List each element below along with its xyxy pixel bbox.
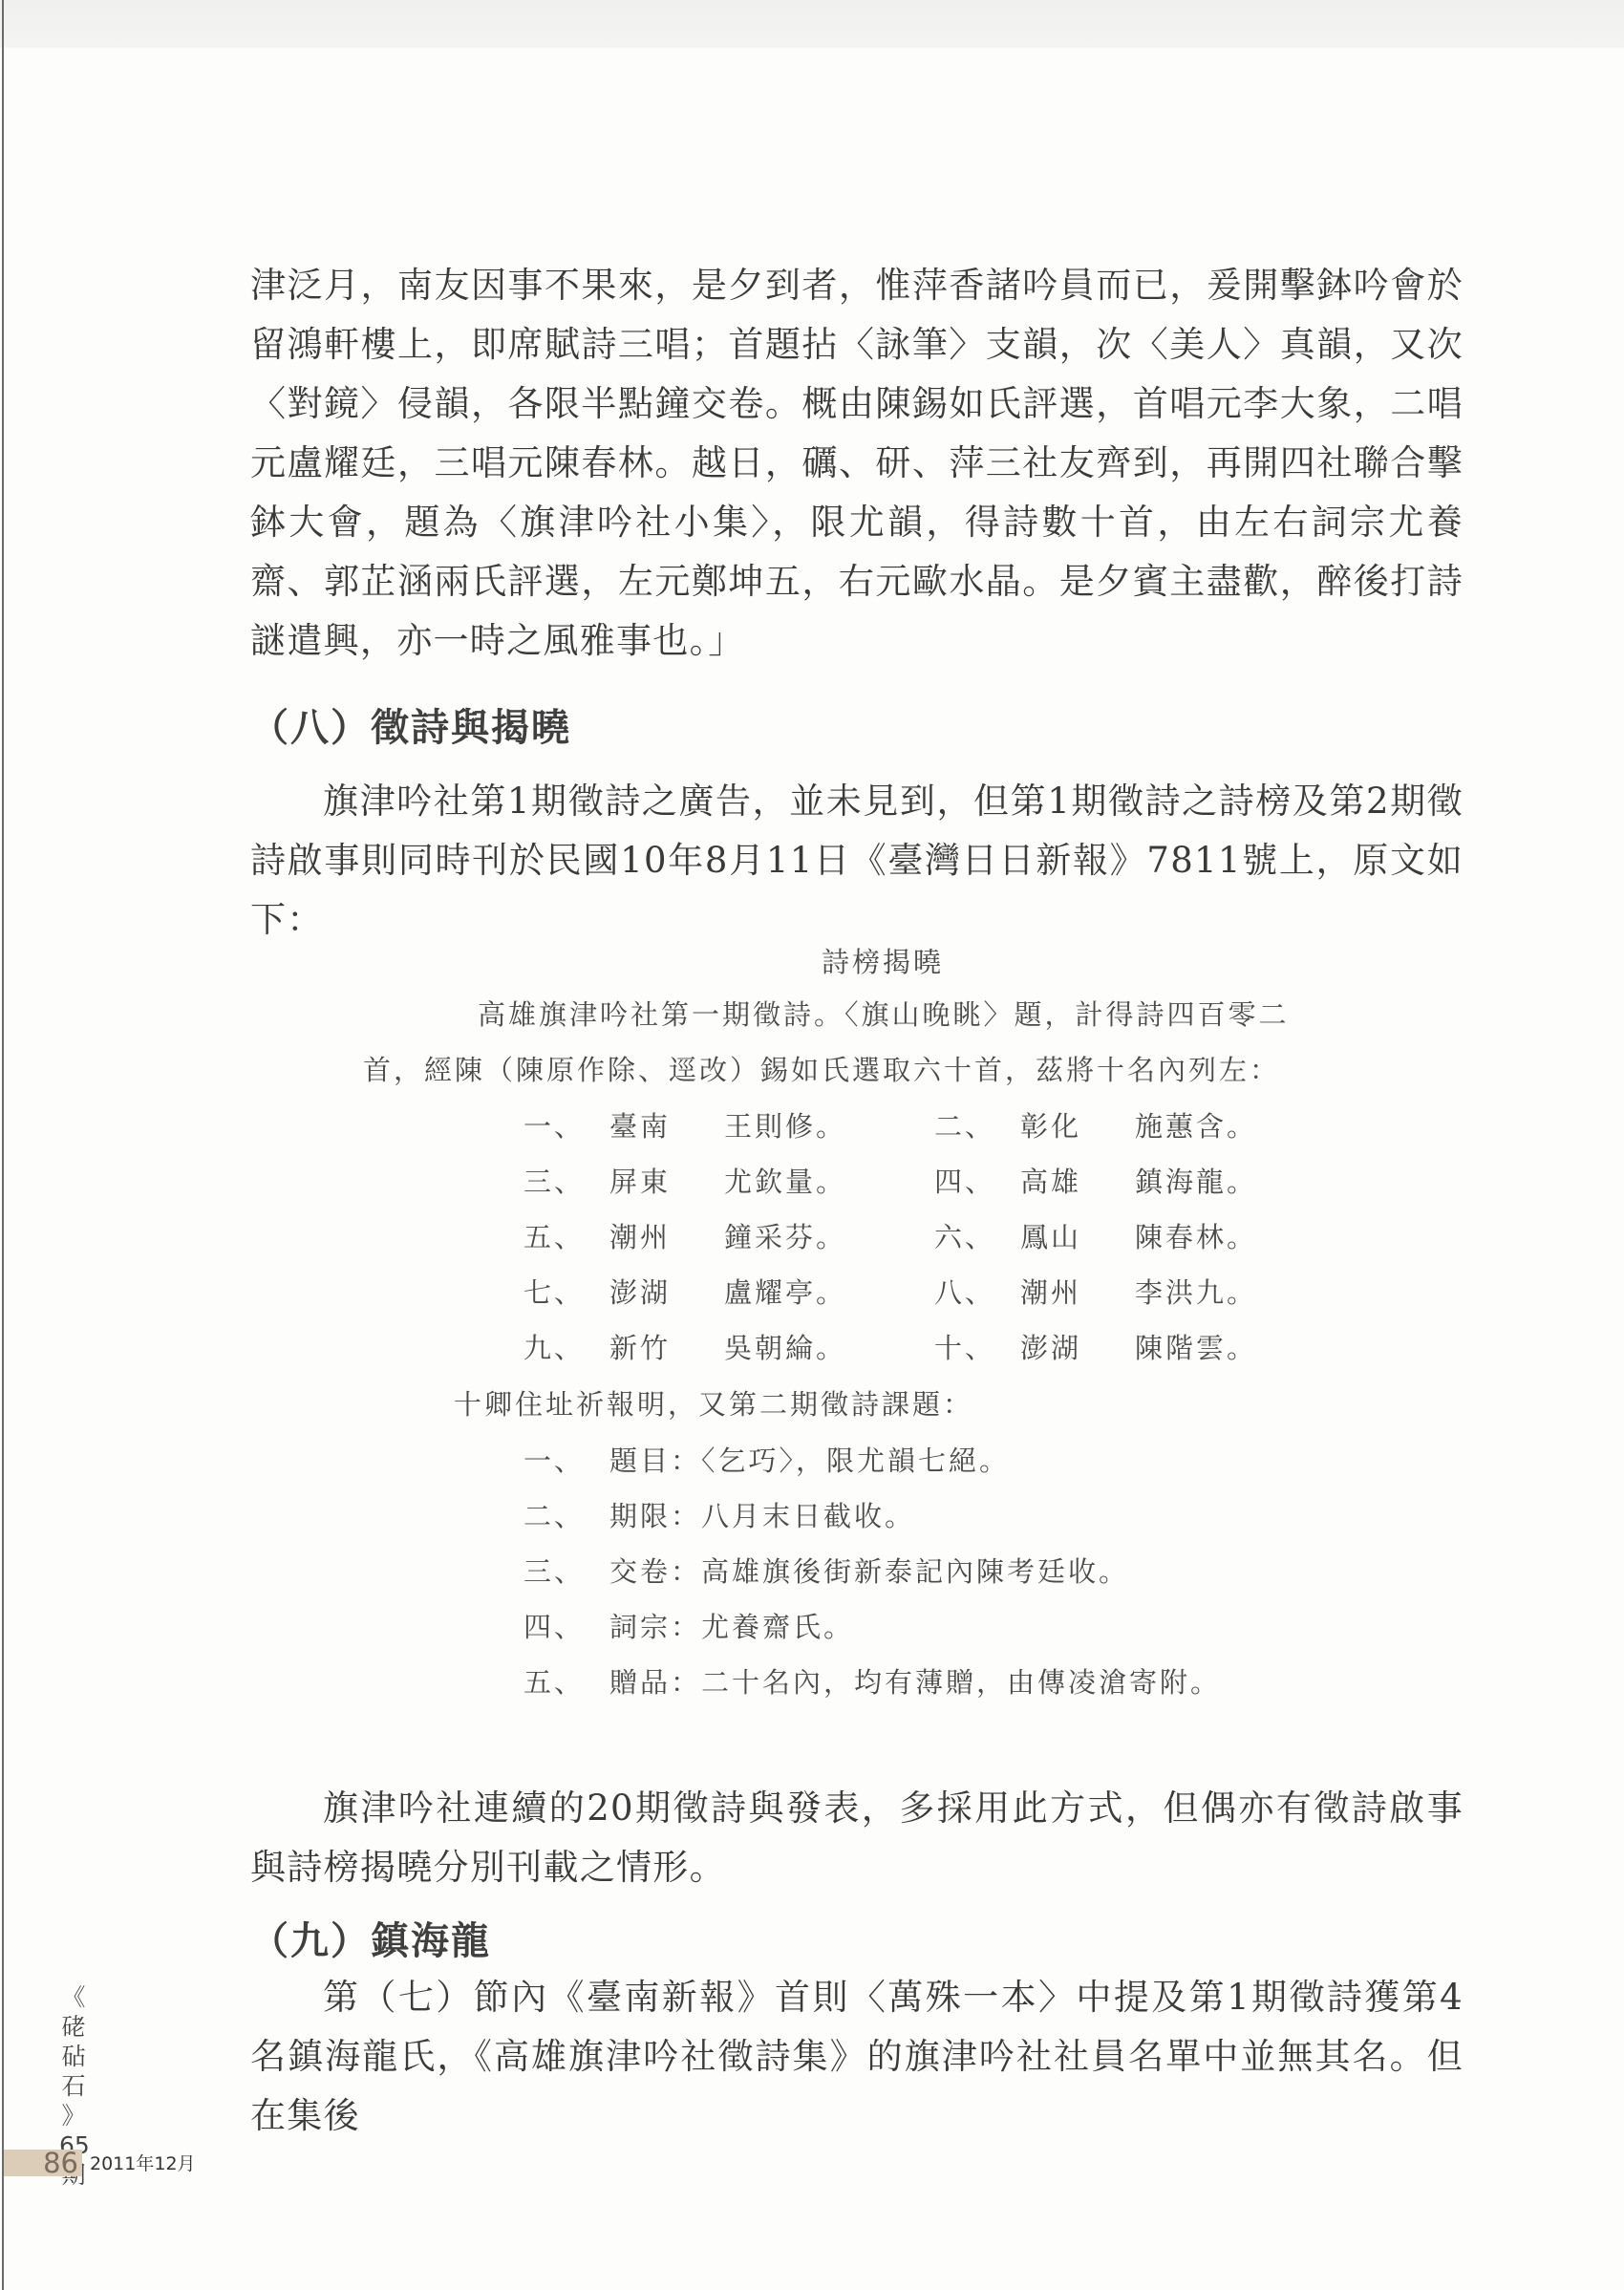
scan-top-band [0,0,1624,48]
topic-item: 一、題目：〈乞巧〉，限尤韻七絕。 [524,1440,1010,1479]
page-number-tab: 86 [4,2150,82,2176]
page-edge-rule [2,0,4,2290]
topic-item: 四、詞宗：尤養齋氏。 [524,1606,854,1645]
continuation-paragraph: 津泛月，南友因事不果來，是夕到者，惟萍香諸吟員而已，爰開擊鉢吟會於留鴻軒樓上，即… [250,256,1464,671]
quote-line-1: 高雄旗津吟社第一期徵詩。〈旗山晚眺〉題，計得詩四百零二 [478,994,1290,1033]
quote-title: 詩榜揭曉 [822,941,944,980]
section-9-heading: （九）鎮海龍 [250,1911,491,1965]
ranking-entry: 五、潮州鐘采芬。 [524,1216,934,1255]
ranking-entry: 二、彰化施蕙含。 [934,1105,1345,1145]
section-8-heading: （八）徵詩與揭曉 [250,697,571,752]
ranking-entry: 一、臺南王則修。 [524,1105,934,1145]
ranking-entry: 六、鳳山陳春林。 [934,1216,1345,1255]
ranking-entry: 四、高雄鎮海龍。 [934,1161,1345,1200]
section-8-conclusion: 旗津吟社連續的20期徵詩與發表，多採用此方式，但偶亦有徵詩啟事與詩榜揭曉分別刊載… [250,1779,1464,1897]
ranking-entry: 十、澎湖陳階雲。 [934,1327,1345,1366]
continuation-paragraph-block: 津泛月，南友因事不果來，是夕到者，惟萍香諸吟員而已，爰開擊鉢吟會於留鴻軒樓上，即… [250,256,1464,671]
ranking-entry: 八、潮州李洪九。 [934,1272,1345,1311]
issue-date: 2011年12月 [90,2150,196,2175]
ranking-row: 九、新竹吳朝綸。十、澎湖陳階雲。 [524,1327,1345,1366]
topic-item: 二、期限：八月末日截收。 [524,1495,915,1534]
section-9-paragraph: 第（七）節內《臺南新報》首則〈萬殊一本〉中提及第1期徵詩獲第4名鎮海龍氏，《高雄… [250,1968,1464,2146]
ranking-entry: 三、屏東尤欽量。 [524,1161,934,1200]
section-8-intro-block: 旗津吟社第1期徵詩之廣告，並未見到，但第1期徵詩之詩榜及第2期徵詩啟事則同時刊於… [250,772,1464,950]
section-9-paragraph-block: 第（七）節內《臺南新報》首則〈萬殊一本〉中提及第1期徵詩獲第4名鎮海龍氏，《高雄… [250,1968,1464,2146]
ranking-entry: 七、澎湖盧耀亭。 [524,1272,934,1311]
ranking-row: 三、屏東尤欽量。四、高雄鎮海龍。 [524,1161,1345,1200]
ranking-entry: 九、新竹吳朝綸。 [524,1327,934,1366]
section-8-conclusion-block: 旗津吟社連續的20期徵詩與發表，多採用此方式，但偶亦有徵詩啟事與詩榜揭曉分別刊載… [250,1779,1464,1897]
page-number: 86 [43,2147,78,2179]
section-8-intro: 旗津吟社第1期徵詩之廣告，並未見到，但第1期徵詩之詩榜及第2期徵詩啟事則同時刊於… [250,772,1464,950]
quote-notice-line: 十卿住址祈報明，又第二期徵詩課題： [454,1383,973,1423]
ranking-row: 七、澎湖盧耀亭。八、潮州李洪九。 [524,1272,1345,1311]
topic-item: 五、贈品：二十名內，均有薄贈，由傳凌滄寄附。 [524,1661,1221,1701]
ranking-row: 一、臺南王則修。二、彰化施蕙含。 [524,1105,1345,1145]
topic-item: 三、交卷：高雄旗後街新泰記內陳考廷收。 [524,1551,1129,1590]
quote-line-2: 首，經陳（陳原作除、逕改）錫如氏選取六十首，茲將十名內列左： [363,1049,1280,1088]
ranking-row: 五、潮州鐘采芬。六、鳳山陳春林。 [524,1216,1345,1255]
